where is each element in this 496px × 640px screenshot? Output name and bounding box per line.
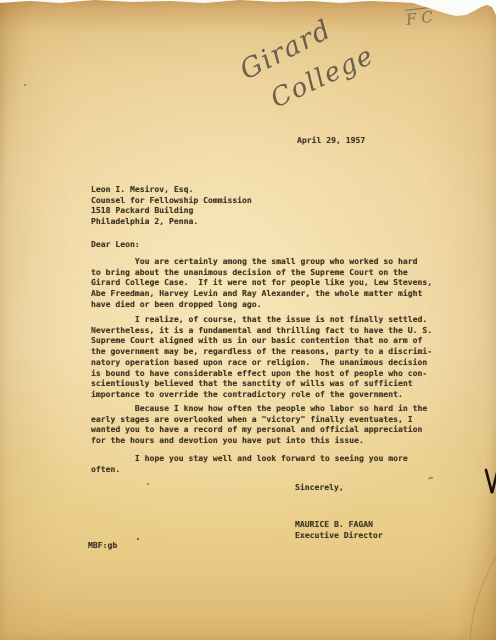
paper-speck [147, 483, 149, 485]
handwritten-fc-mark: FC [405, 7, 439, 29]
paragraph-4: I hope you stay well and look forward to… [91, 453, 408, 474]
crease-line [460, 555, 496, 640]
letter-date: April 29, 1957 [297, 135, 365, 146]
signature-name: MAURICE B. FAGAN [295, 519, 373, 530]
paragraph-3: Because I know how often the people who … [91, 403, 427, 446]
paper-speck [428, 476, 433, 479]
paper-speck [24, 84, 26, 86]
paragraph-2: I realize, of course, that the issue is … [91, 314, 432, 400]
ink-checkmark [483, 467, 496, 497]
recipient-address: Leon I. Mesirov, Esq. Counsel for Fellow… [91, 184, 252, 226]
paragraph-1: You are certainly among the small group … [91, 256, 432, 310]
handwritten-girard-college-annotation: Girard College [218, 14, 408, 124]
paper-speck [137, 538, 139, 540]
typist-initials: MBF:gb [88, 540, 117, 551]
letter-paper: Girard College FC April 29, 1957 Leon I.… [0, 0, 496, 640]
salutation: Dear Leon: [91, 239, 140, 250]
scanned-letter: Girard College FC April 29, 1957 Leon I.… [0, 0, 496, 640]
closing: Sincerely, [295, 482, 344, 493]
signature-title: Executive Director [295, 530, 383, 541]
